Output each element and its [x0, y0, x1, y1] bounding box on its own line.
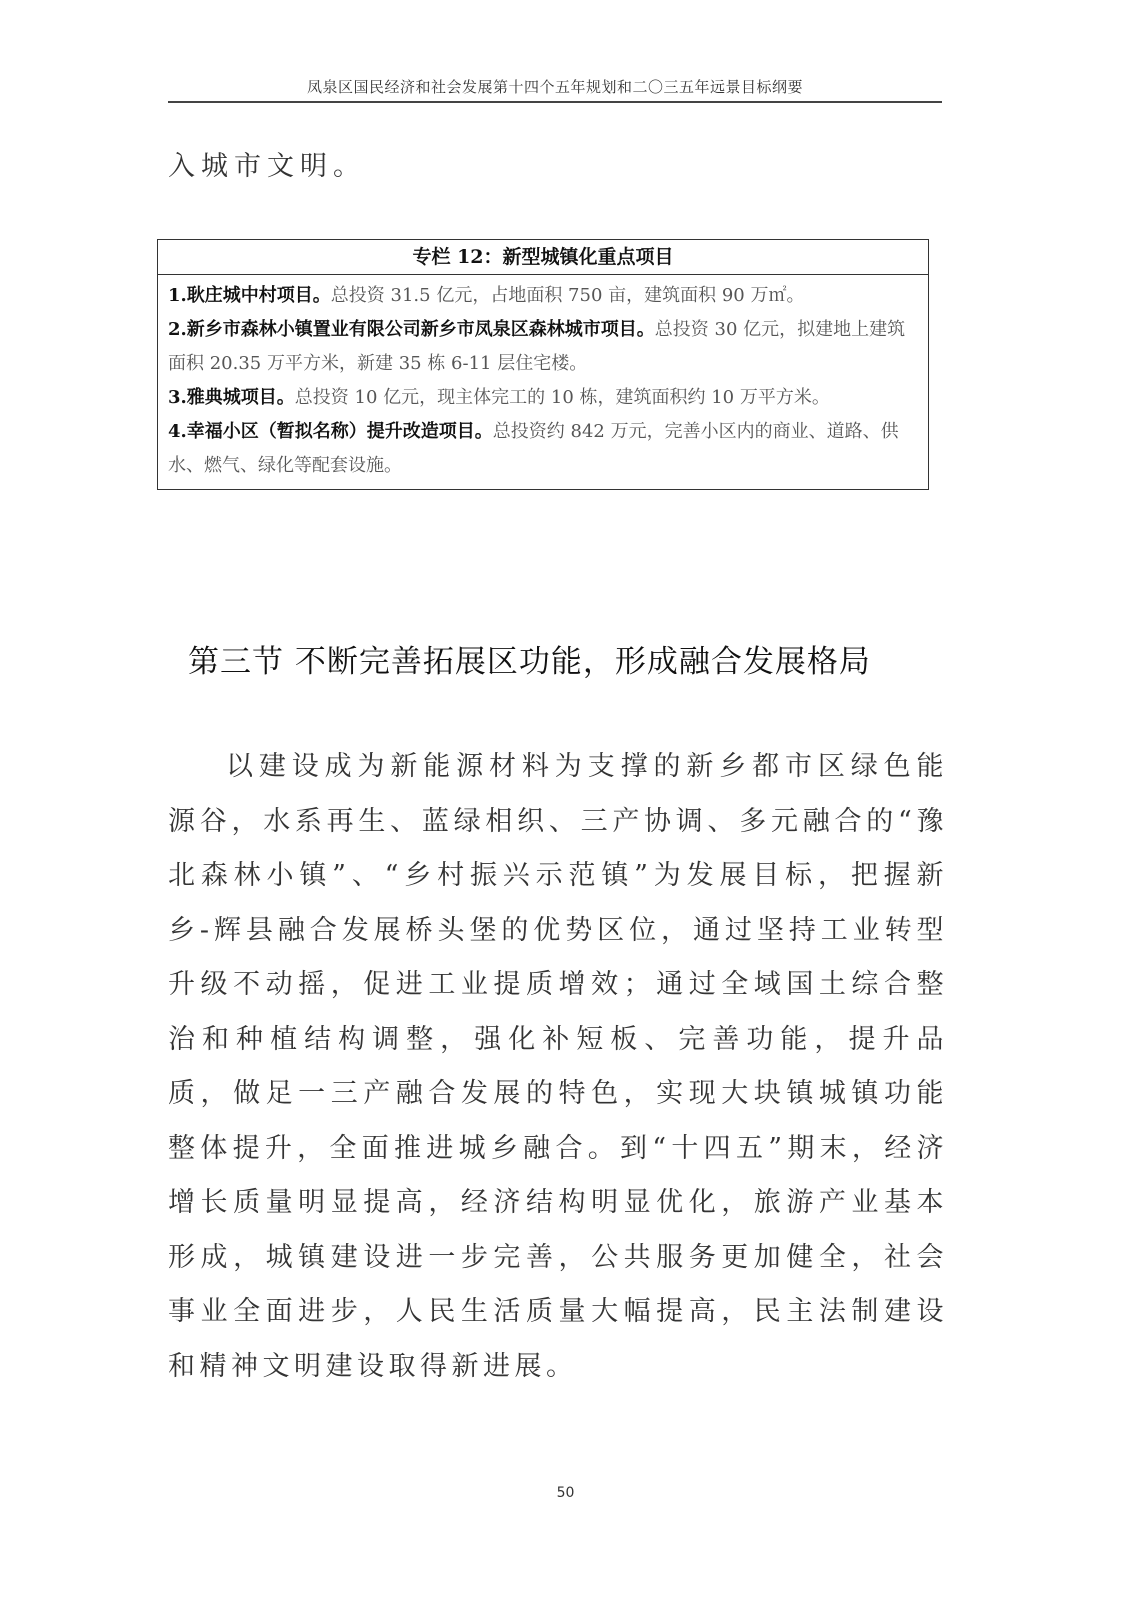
box-body: 1.耿庄城中村项目。总投资 31.5 亿元，占地面积 750 亩，建筑面积 90…	[158, 275, 928, 489]
box-item-title: 1.耿庄城中村项目。	[168, 285, 331, 306]
box-item-title: 2.新乡市森林小镇置业有限公司新乡市凤泉区森林城市项目。	[168, 319, 655, 340]
box-item-title: 4.幸福小区（暂拟名称）提升改造项目。	[168, 421, 493, 442]
box-item-text: 总投资 10 亿元，现主体完工的 10 栋，建筑面积约 10 万平方米。	[295, 387, 830, 408]
box-title: 专栏 12：新型城镇化重点项目	[158, 240, 928, 275]
box-item-title: 3.雅典城项目。	[168, 387, 295, 408]
page-number: 50	[0, 1485, 1131, 1501]
box-item: 1.耿庄城中村项目。总投资 31.5 亿元，占地面积 750 亩，建筑面积 90…	[168, 279, 920, 313]
box-item: 2.新乡市森林小镇置业有限公司新乡市凤泉区森林城市项目。总投资 30 亿元，拟建…	[168, 313, 920, 381]
header-rule	[168, 101, 942, 103]
project-box: 专栏 12：新型城镇化重点项目 1.耿庄城中村项目。总投资 31.5 亿元，占地…	[157, 239, 929, 490]
carry-over-text: 入城市文明。	[168, 144, 366, 183]
box-item: 4.幸福小区（暂拟名称）提升改造项目。总投资约 842 万元，完善小区内的商业、…	[168, 415, 920, 483]
box-item: 3.雅典城项目。总投资 10 亿元，现主体完工的 10 栋，建筑面积约 10 万…	[168, 381, 920, 415]
body-paragraph: 以建设成为新能源材料为支撑的新乡都市区绿色能源谷，水系再生、蓝绿相织、三产协调、…	[168, 740, 948, 1394]
box-item-text: 总投资 31.5 亿元，占地面积 750 亩，建筑面积 90 万㎡。	[331, 285, 805, 306]
section-title: 第三节 不断完善拓展区功能，形成融合发展格局	[188, 636, 948, 681]
running-header: 凤泉区国民经济和社会发展第十四个五年规划和二〇三五年远景目标纲要	[168, 76, 942, 97]
